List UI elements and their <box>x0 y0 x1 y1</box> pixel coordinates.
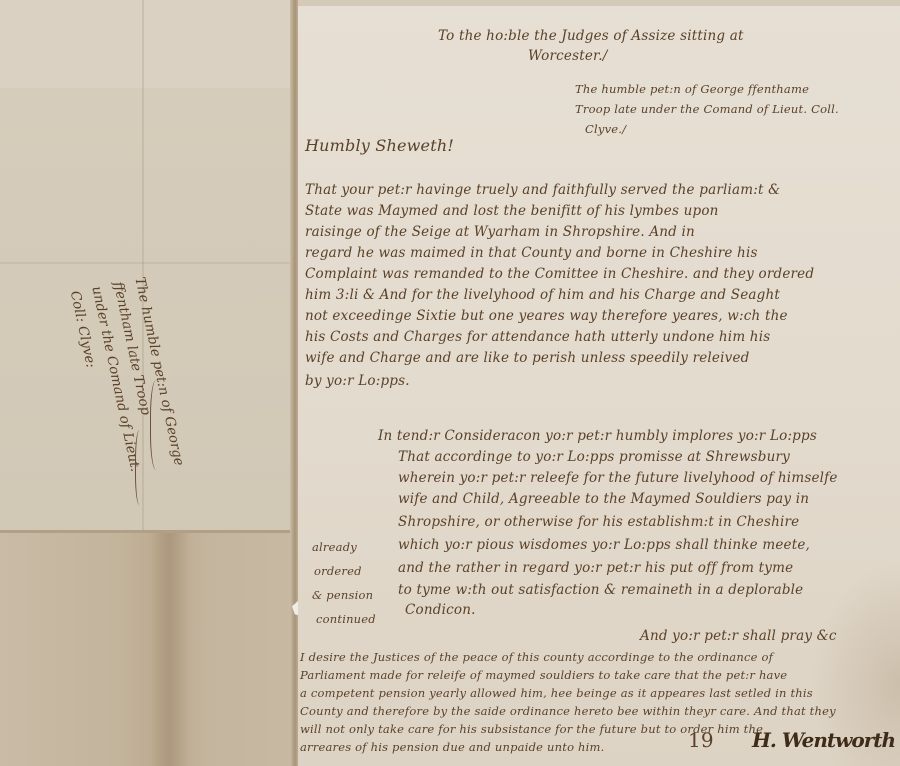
ink-flourish <box>135 430 146 505</box>
request-line: and the rather in regard yo:r pet:r his … <box>398 560 793 576</box>
horizontal-crease <box>0 262 298 264</box>
folded-back-panel: The humble pet:n of George ffentham late… <box>0 0 298 766</box>
request-line: wife and Child, Agreeable to the Maymed … <box>398 491 809 507</box>
body-line: him 3:li & And for the livelyhood of him… <box>305 287 780 303</box>
page-top-edge <box>298 0 900 6</box>
request-line: wherein yo:r pet:r releefe for the futur… <box>398 470 838 486</box>
address-line: Worcester./ <box>528 48 607 64</box>
petition-title-line: Clyve./ <box>585 122 626 136</box>
salutation: Humbly Sheweth! <box>305 136 454 155</box>
ink-flourish <box>150 380 165 470</box>
body-line: by yo:r Lo:pps. <box>305 373 410 389</box>
order-line: a competent pension yearly allowed him, … <box>300 686 813 700</box>
request-line: In tend:r Consideracon yo:r pet:r humbly… <box>378 428 817 444</box>
body-line: raisinge of the Seige at Wyarham in Shro… <box>305 224 695 240</box>
body-line: not exceedinge Sixtie but one yeares way… <box>305 308 788 324</box>
body-line: his Costs and Charges for attendance hat… <box>305 329 770 345</box>
body-line: regard he was maimed in that County and … <box>305 245 758 261</box>
water-stain <box>150 533 190 766</box>
manuscript-sheet: The humble pet:n of George ffentham late… <box>0 0 900 766</box>
margin-note-line: & pension <box>312 588 373 602</box>
request-line: which yo:r pious wisdomes yo:r Lo:pps sh… <box>398 537 810 553</box>
petition-title-line: The humble pet:n of George ffenthame <box>575 82 809 96</box>
body-line: Complaint was remanded to the Comittee i… <box>305 266 814 282</box>
order-line: I desire the Justices of the peace of th… <box>300 650 773 664</box>
signature: H. Wentworth <box>752 728 895 752</box>
request-line: Condicon. <box>405 602 476 618</box>
margin-note-line: ordered <box>314 564 362 578</box>
order-line: Parliament made for releife of maymed so… <box>300 668 787 682</box>
folio-number: 19 <box>688 728 714 752</box>
order-line: arreares of his pension due and unpaide … <box>300 740 605 754</box>
address-line: To the ho:ble the Judges of Assize sitti… <box>438 28 744 44</box>
order-line: County and therefore by the saide ordina… <box>300 704 836 718</box>
request-line: That accordinge to yo:r Lo:pps promisse … <box>398 449 790 465</box>
stained-bottom-fold <box>0 530 298 766</box>
petition-title-line: Troop late under the Comand of Lieut. Co… <box>575 102 839 116</box>
margin-note-line: continued <box>316 612 376 626</box>
closing-line: And yo:r pet:r shall pray &c <box>640 628 837 644</box>
request-line: Shropshire, or otherwise for his establi… <box>398 514 799 530</box>
top-fold <box>0 0 298 89</box>
body-line: That your pet:r havinge truely and faith… <box>305 182 780 198</box>
margin-note-line: already <box>312 540 357 554</box>
body-line: State was Maymed and lost the benifitt o… <box>305 203 719 219</box>
request-line: to tyme w:th out satisfaction & remainet… <box>398 582 803 598</box>
body-line: wife and Charge and are like to perish u… <box>305 350 750 366</box>
